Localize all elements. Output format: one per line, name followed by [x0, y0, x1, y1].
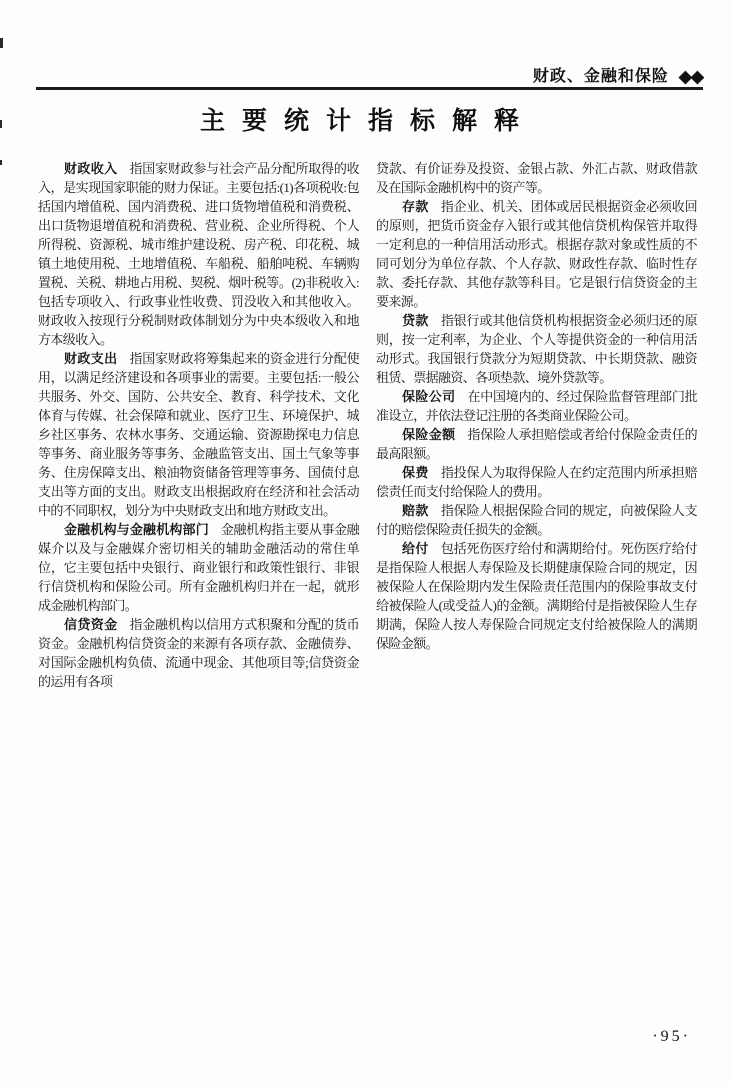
term-label: 保费	[402, 465, 429, 480]
page-number: ·95·	[652, 1028, 691, 1046]
page-title: 主要统计指标解释	[38, 101, 698, 137]
paragraph: 信贷资金指金融机构以信用方式积聚和分配的货币资金。金融机构信贷资金的来源有各项存…	[38, 615, 359, 691]
paragraph-text: 贷款、有价证券及投资、金银占款、外汇占款、财政借款及在国际金融机构中的资产等。	[376, 161, 697, 195]
term-label: 财政收入	[64, 161, 117, 176]
term-label: 保险金额	[402, 427, 455, 442]
column-right: 贷款、有价证券及投资、金银占款、外汇占款、财政借款及在国际金融机构中的资产等。存…	[376, 159, 697, 691]
column-left: 财政收入指国家财政参与社会产品分配所取得的收入，是实现国家职能的财力保证。主要包…	[38, 159, 359, 691]
term-label: 赔款	[402, 503, 429, 518]
term-label: 保险公司	[402, 389, 455, 404]
term-label: 信贷资金	[64, 617, 117, 632]
paragraph-text: 指国家财政参与社会产品分配所取得的收入，是实现国家职能的财力保证。主要包括:(1…	[38, 161, 359, 347]
paragraph: 保费指投保人为取得保险人在约定范围内所承担赔偿责任而支付给保险人的费用。	[376, 463, 697, 501]
diamond-icon: ◆◆	[679, 67, 703, 86]
term-label: 给付	[402, 541, 429, 556]
paragraph: 财政支出指国家财政将筹集起来的资金进行分配使用，以满足经济建设和各项事业的需要。…	[38, 349, 359, 520]
running-header: 财政、金融和保险◆◆	[38, 63, 703, 87]
paragraph: 保险公司在中国境内的、经过保险监督管理部门批准设立，并依法登记注册的各类商业保险…	[376, 387, 697, 425]
paragraph: 保险金额指保险人承担赔偿或者给付保险金责任的最高限额。	[376, 425, 697, 463]
header-rule	[36, 87, 703, 90]
section-label: 财政、金融和保险	[533, 68, 669, 85]
document-page: 财政、金融和保险◆◆ 主要统计指标解释 财政收入指国家财政参与社会产品分配所取得…	[0, 0, 731, 1086]
scan-artifact	[0, 38, 3, 48]
text-columns: 财政收入指国家财政参与社会产品分配所取得的收入，是实现国家职能的财力保证。主要包…	[38, 159, 698, 691]
scan-artifact	[0, 160, 2, 165]
term-label: 存款	[402, 199, 429, 214]
paragraph: 财政收入指国家财政参与社会产品分配所取得的收入，是实现国家职能的财力保证。主要包…	[38, 159, 359, 349]
paragraph: 金融机构与金融机构部门金融机构指主要从事金融媒介以及与金融媒介密切相关的辅助金融…	[38, 520, 359, 615]
paragraph: 贷款指银行或其他信贷机构根据资金必须归还的原则，按一定利率，为企业、个人等提供资…	[376, 311, 697, 387]
paragraph-text: 指企业、机关、团体或居民根据资金必须收回的原则，把货币资金存入银行或其他信贷机构…	[376, 199, 697, 309]
paragraph: 赔款指保险人根据保险合同的规定，向被保险人支付的赔偿保险责任损失的金额。	[376, 501, 697, 539]
paragraph: 给付包括死伤医疗给付和满期给付。死伤医疗给付是指保险人根据人寿保险及长期健康保险…	[376, 539, 697, 653]
term-label: 财政支出	[64, 351, 117, 366]
paragraph-text: 指国家财政将筹集起来的资金进行分配使用，以满足经济建设和各项事业的需要。主要包括…	[38, 351, 359, 518]
paragraph-text: 包括死伤医疗给付和满期给付。死伤医疗给付是指保险人根据人寿保险及长期健康保险合同…	[376, 541, 697, 651]
paragraph: 贷款、有价证券及投资、金银占款、外汇占款、财政借款及在国际金融机构中的资产等。	[376, 159, 697, 197]
term-label: 金融机构与金融机构部门	[64, 522, 209, 537]
term-label: 贷款	[402, 313, 429, 328]
paragraph: 存款指企业、机关、团体或居民根据资金必须收回的原则，把货币资金存入银行或其他信贷…	[376, 197, 697, 311]
scan-artifact	[0, 120, 2, 128]
